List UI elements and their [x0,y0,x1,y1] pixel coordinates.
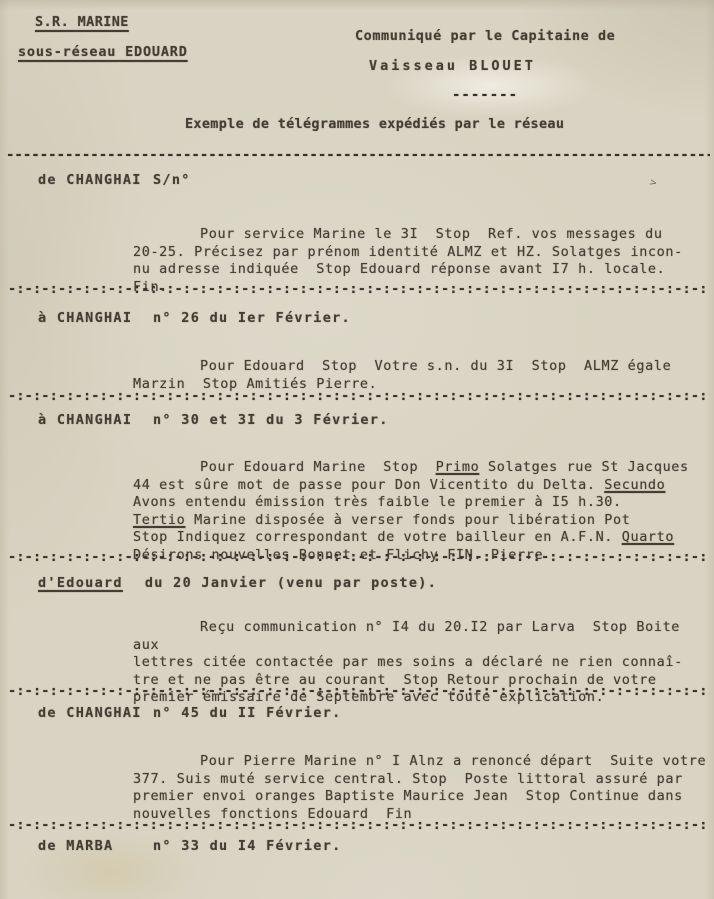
telegram-body: Pour Pierre Marine n° I Alnz a renoncé d… [133,753,707,823]
telegram-ref: n° 26 du Ier Février. [153,310,351,326]
communique-line-2: Vaisseau BLOUET [369,58,536,74]
telegram-entry: de CHANGHAI n° 45 du II Février. Pour Pi… [0,705,714,823]
telegram-origin: de MARBA [38,838,153,854]
telegram-heading: à CHANGHAI n° 30 et 3I du 3 Février. [0,412,714,428]
telegram-heading: de CHANGHAI n° 45 du II Février. [0,705,714,721]
telegram-ref: n° 30 et 3I du 3 Février. [153,412,389,428]
telegram-entry: de MARBA n° 33 du I4 Février. [0,838,714,854]
section-separator: -:-:-:-:-:-:-:-:-:-:-:-:-:-:-:-:-:-:-:-:… [8,549,708,565]
subnetwork-title: sous-réseau EDOUARD [18,44,188,60]
section-separator: -:-:-:-:-:-:-:-:-:-:-:-:-:-:-:-:-:-:-:-:… [8,281,708,297]
telegram-ref: n° 33 du I4 Février. [153,838,342,854]
telegram-entry: à CHANGHAI n° 26 du Ier Février. Pour Ed… [0,310,714,393]
communique-line-1: Communiqué par le Capitaine de [355,28,615,44]
telegram-ref: S/n° [153,172,191,188]
section-separator: -:-:-:-:-:-:-:-:-:-:-:-:-:-:-:-:-:-:-:-:… [8,388,708,404]
document-title: Exemple de télégrammes expédiés par le r… [185,116,564,132]
telegram-entry: de CHANGHAI S/n° Pour service Marine le … [0,172,714,296]
top-rule: ----------------------------------------… [6,147,710,163]
telegram-heading: de CHANGHAI S/n° [0,172,714,188]
section-separator: -:-:-:-:-:-:-:-:-:-:-:-:-:-:-:-:-:-:-:-:… [8,817,708,833]
section-separator: -:-:-:-:-:-:-:-:-:-:-:-:-:-:-:-:-:-:-:-:… [8,683,708,699]
telegram-heading: de MARBA n° 33 du I4 Février. [0,838,714,854]
telegram-ref: du 20 Janvier (venu par poste). [145,575,437,591]
telegram-heading: à CHANGHAI n° 26 du Ier Février. [0,310,714,326]
telegram-ref: n° 45 du II Février. [153,705,342,721]
telegram-entry: à CHANGHAI n° 30 et 3I du 3 Février. Pou… [0,412,714,564]
small-divider: ------- [452,87,518,103]
telegram-origin: de CHANGHAI [38,705,153,721]
telegram-origin: de CHANGHAI [38,172,153,188]
telegram-origin: à CHANGHAI [38,310,153,326]
org-title: S.R. MARINE [35,14,129,30]
telegram-heading: d'Edouard du 20 Janvier (venu par poste)… [0,575,714,591]
telegram-origin: d'Edouard [38,575,123,591]
telegram-origin: à CHANGHAI [38,412,153,428]
scanned-document-page: S.R. MARINE sous-réseau EDOUARD Communiq… [0,0,714,899]
